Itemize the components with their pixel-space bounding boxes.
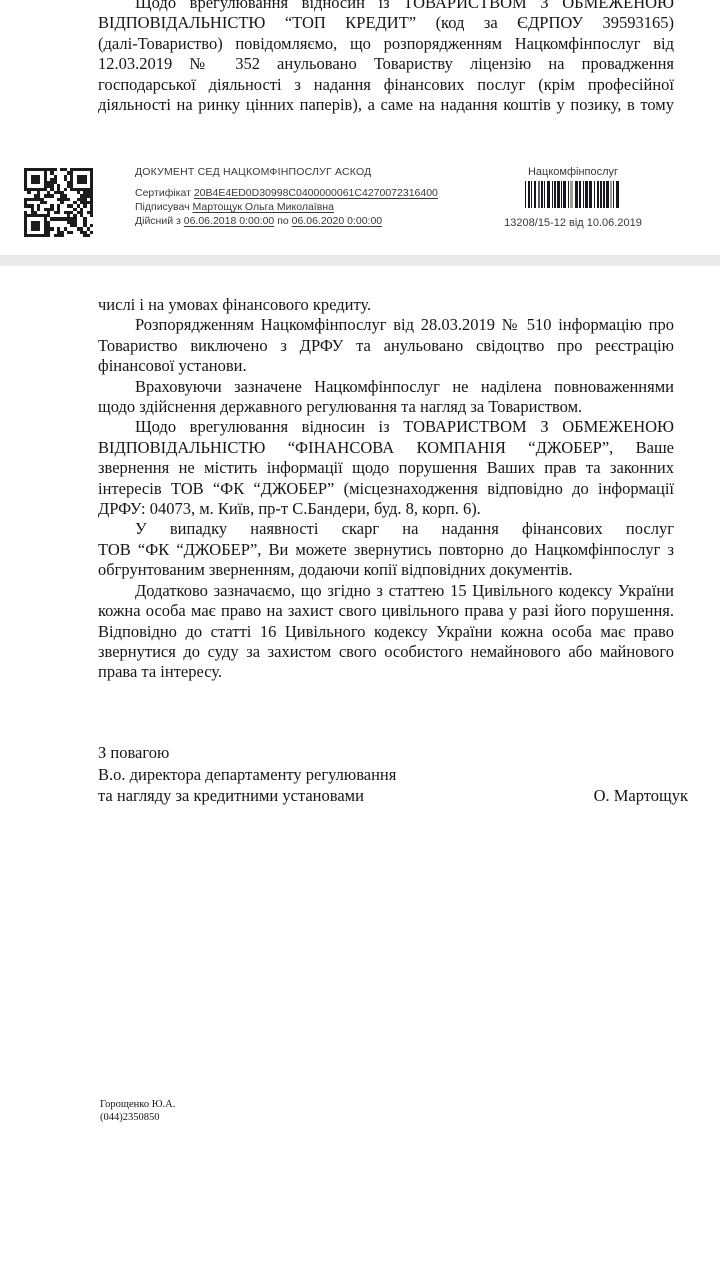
page1-body-text: Щодо врегулювання відносин із ТОВАРИСТВО… <box>98 0 674 115</box>
paragraph-line: щодо здійснення державного регулювання т… <box>98 397 674 417</box>
page-separator <box>0 255 720 266</box>
validity-to: 06.06.2020 0:00:00 <box>292 215 383 227</box>
certificate-value: 20B4E4ED0D30998C0400000061C4270072316400 <box>194 187 438 199</box>
paragraph-line: звернутися до суду за захистом свого осо… <box>98 642 674 662</box>
paragraph-line: діяльності на ринку цінних паперів), а с… <box>98 95 674 115</box>
certificate-label: Сертифікат <box>135 187 191 199</box>
signer-position-line2: та нагляду за кредитними установами <box>98 785 364 807</box>
stamp-details: ДОКУМЕНТ СЕД НАЦКОМФІНПОСЛУГ АСКОД Серти… <box>135 166 438 228</box>
validity-separator: по <box>277 215 289 227</box>
registration-stamp: Нацкомфінпослуг 13208/15-12 від 10.06.20… <box>498 166 648 229</box>
paragraph-line: ВІДПОВІДАЛЬНІСТЮ “ТОП КРЕДИТ” (код за ЄД… <box>98 13 674 33</box>
executor-footer: Горощенко Ю.А. (044)2350850 <box>100 1099 175 1124</box>
doc-reference: 13208/15-12 від 10.06.2019 <box>498 217 648 229</box>
paragraph-line: Враховуючи зазначене Нацкомфінпослуг не … <box>98 377 674 397</box>
stamp-system-title: ДОКУМЕНТ СЕД НАЦКОМФІНПОСЛУГ АСКОД <box>135 166 438 179</box>
paragraph-line: кожна особа має право на захист свого ци… <box>98 601 674 621</box>
paragraph-line: ДРФУ: 04073, м. Київ, пр-т С.Бандери, бу… <box>98 499 674 519</box>
signer-position-line1: В.о. директора департаменту регулювання <box>98 764 688 786</box>
barcode-icon <box>525 181 621 208</box>
paragraph-line: обгрунтованим зверненням, додаючи копії … <box>98 560 674 580</box>
paragraph-line: Додатково зазначаємо, що згідно з статте… <box>98 581 674 601</box>
validity-label: Дійсний з <box>135 215 181 227</box>
executor-phone: (044)2350850 <box>100 1112 175 1125</box>
esign-stamp: ДОКУМЕНТ СЕД НАЦКОМФІНПОСЛУГ АСКОД Серти… <box>0 164 720 256</box>
document-viewport: { "colors": { "separator_band": "#eaeaea… <box>0 0 720 1280</box>
signer-name: О. Мартощук <box>594 785 688 807</box>
paragraph-line: (далі-Товариство) повідомляємо, що розпо… <box>98 34 674 54</box>
paragraph-line: інтересів ТОВ “ФК “ДЖОБЕР” (місцезнаходж… <box>98 479 674 499</box>
paragraph-line: числі і на умовах фінансового кредиту. <box>98 295 674 315</box>
signer-label: Підписувач <box>135 201 190 213</box>
executor-name: Горощенко Ю.А. <box>100 1099 175 1112</box>
validity-from: 06.06.2018 0:00:00 <box>184 215 275 227</box>
paragraph-line: фінансової установи. <box>98 356 674 376</box>
paragraph-line: Відповідно до статті 16 Цивільного кодек… <box>98 622 674 642</box>
signer-position-row: та нагляду за кредитними установами О. М… <box>98 785 688 807</box>
signer-row: Підписувач Мартощук Ольга Миколаївна <box>135 201 438 214</box>
paragraph-line: Щодо врегулювання відносин із ТОВАРИСТВО… <box>98 0 674 13</box>
org-name: Нацкомфінпослуг <box>498 166 648 178</box>
certificate-row: Сертифікат 20B4E4ED0D30998C0400000061C42… <box>135 187 438 200</box>
paragraph-line: ТОВ “ФК “ДЖОБЕР”, Ви можете звернутись п… <box>98 540 674 560</box>
signer-value: Мартощук Ольга Миколаївна <box>193 201 334 213</box>
paragraph-line: права та інтересу. <box>98 662 674 682</box>
validity-row: Дійсний з 06.06.2018 0:00:00 по 06.06.20… <box>135 215 438 228</box>
signature-block: З повагою В.о. директора департаменту ре… <box>98 742 688 807</box>
paragraph-line: звернення не містить інформації щодо пор… <box>98 458 674 478</box>
paragraph-line: У випадку наявності скарг на надання фін… <box>98 519 674 539</box>
page2-body-text: числі і на умовах фінансового кредиту.Ро… <box>98 295 674 683</box>
paragraph-line: Щодо врегулювання відносин із ТОВАРИСТВО… <box>98 417 674 437</box>
qr-code-icon <box>24 168 93 237</box>
paragraph-line: господарської діяльності з надання фінан… <box>98 75 674 95</box>
signature-salutation: З повагою <box>98 742 688 764</box>
paragraph-line: 12.03.2019 № 352 анульовано Товариству л… <box>98 54 674 74</box>
paragraph-line: Розпорядженням Нацкомфінпослуг від 28.03… <box>98 315 674 335</box>
paragraph-line: Товариство виключено з ДРФУ та анульован… <box>98 336 674 356</box>
paragraph-line: ВІДПОВІДАЛЬНІСТЮ “ФІНАНСОВА КОМПАНІЯ “ДЖ… <box>98 438 674 458</box>
